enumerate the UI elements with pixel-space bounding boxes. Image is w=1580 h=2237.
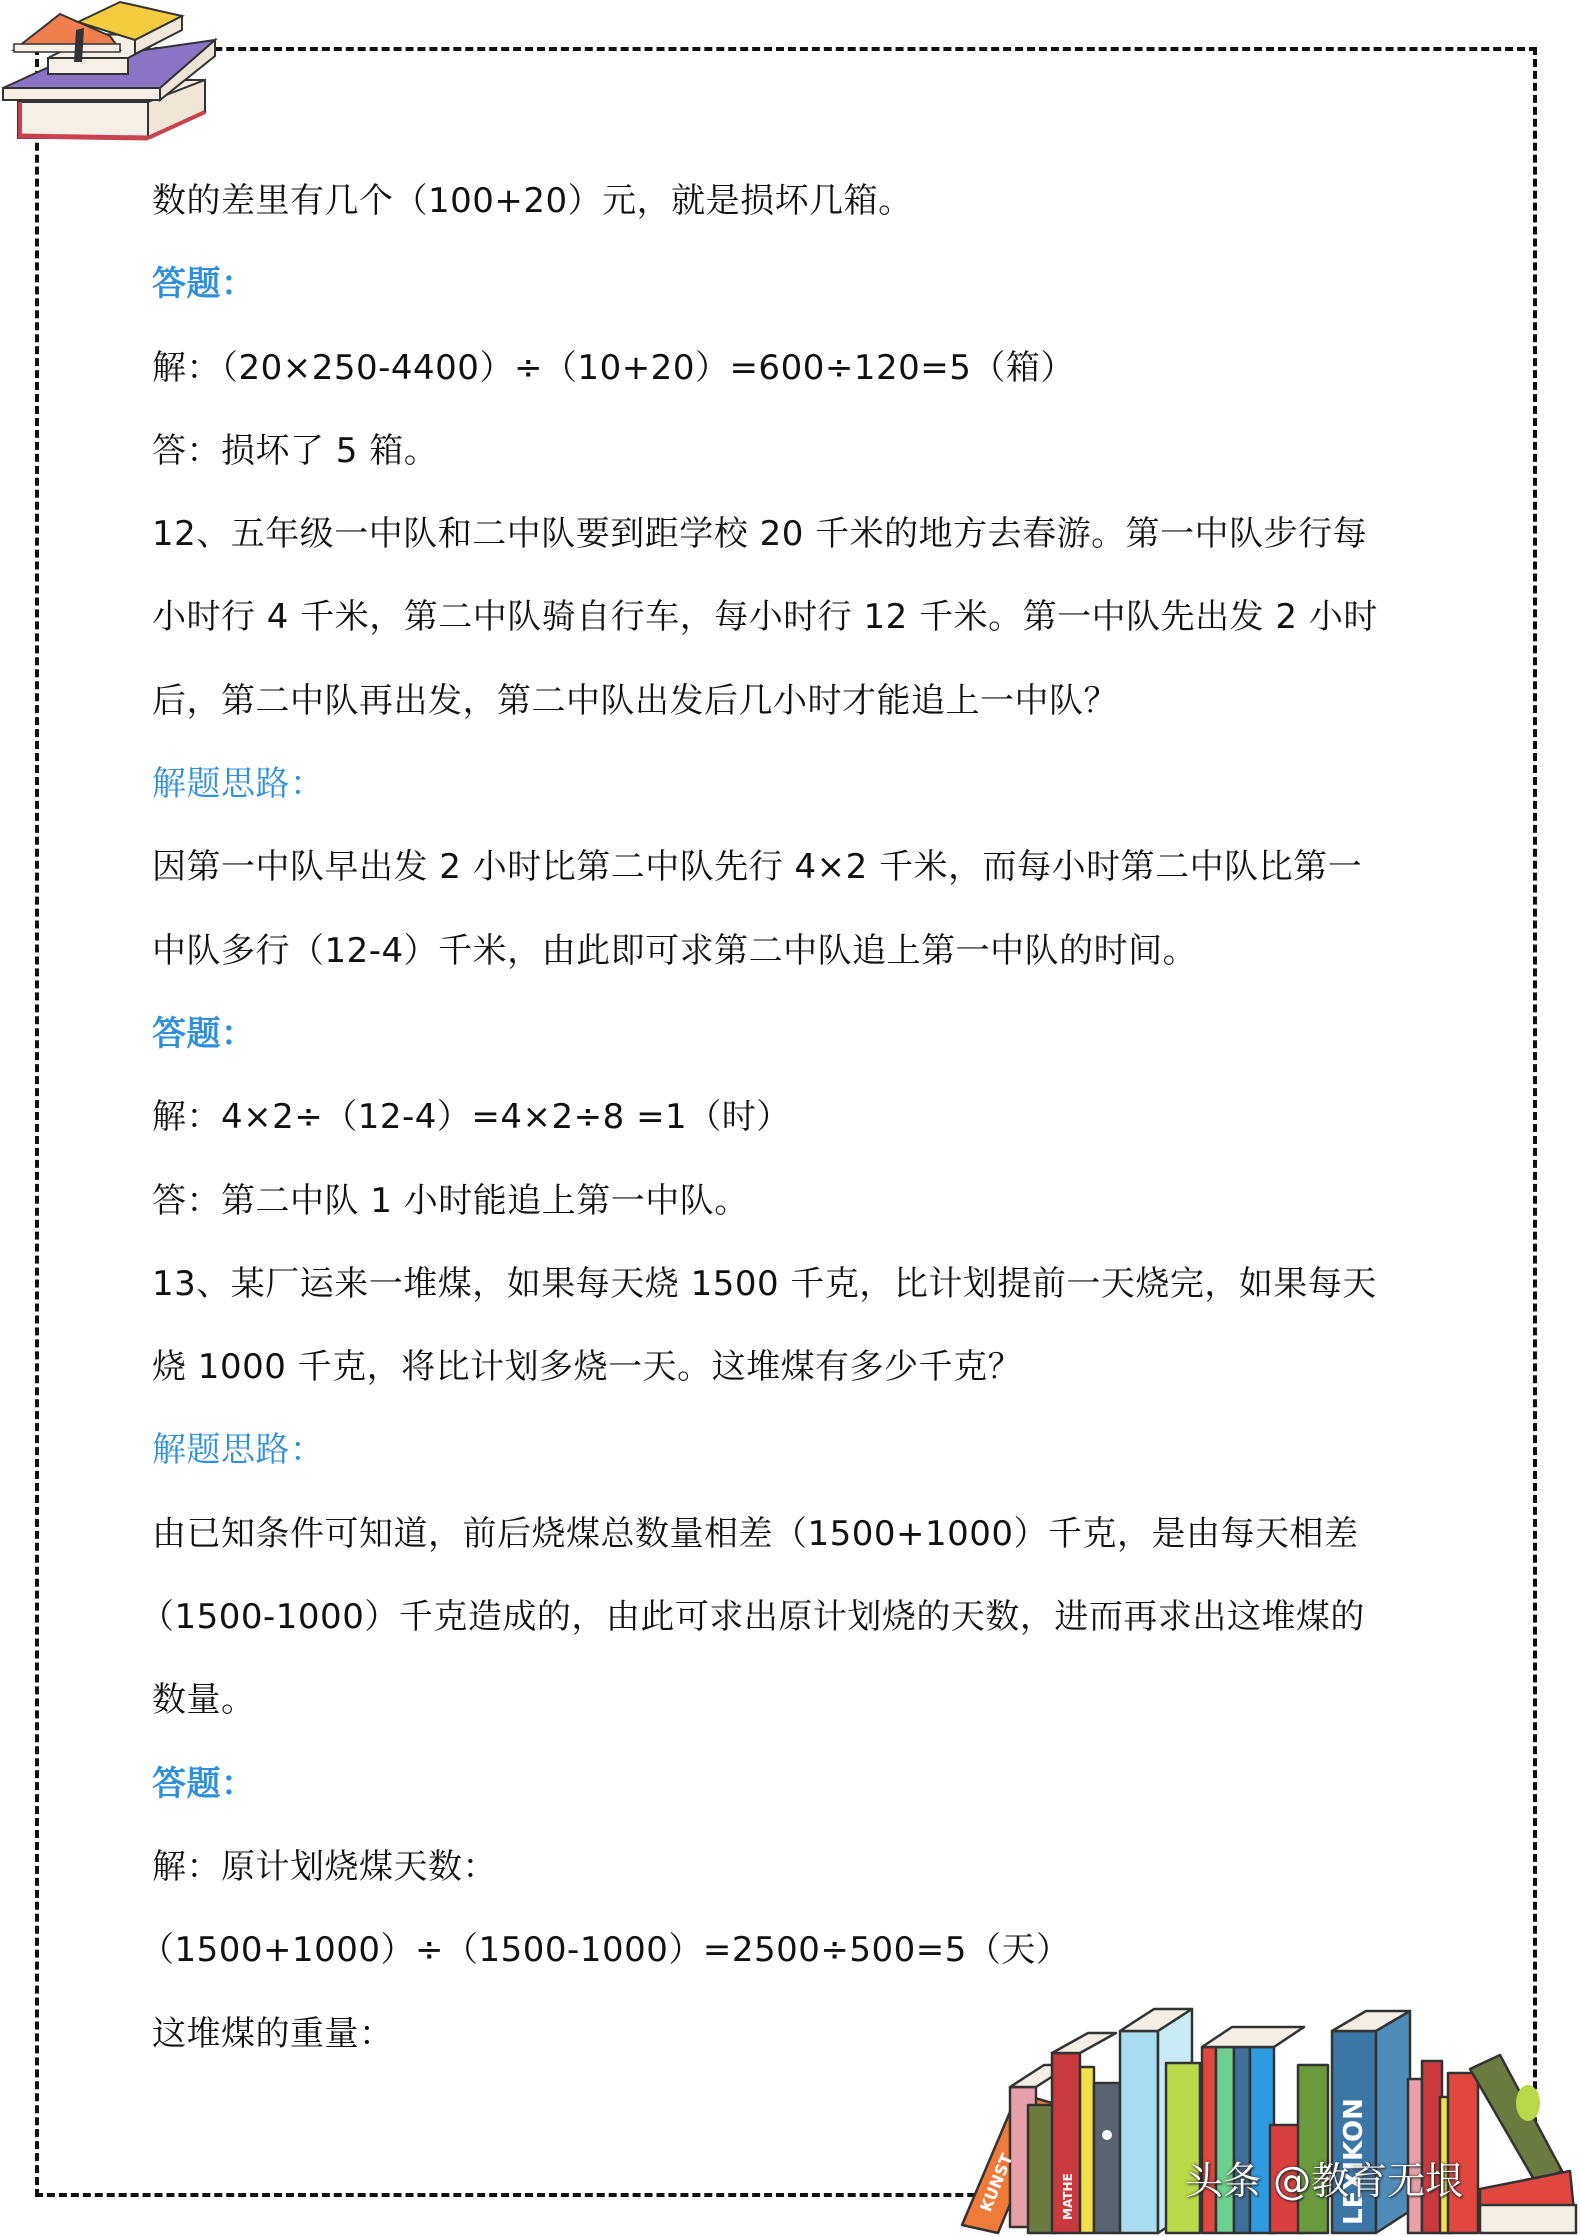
approach-line: 因第一中队早出发 2 小时比第二中队先行 4×2 千米，而每小时第二中队比第一	[152, 826, 1432, 909]
section-heading-answer: 答题：	[152, 993, 1432, 1076]
solution-line: 解：（20×250-4400）÷（10+20）=600÷120=5（箱）	[152, 327, 1432, 410]
svg-text:MATHE: MATHE	[1061, 2173, 1075, 2220]
problem-13-line-2: 烧 1000 千克，将比计划多烧一天。这堆煤有多少千克？	[152, 1326, 1432, 1409]
approach-line: 由已知条件可知道，前后烧煤总数量相差（1500+1000）千克，是由每天相差	[152, 1493, 1432, 1576]
approach-line: 数量。	[152, 1659, 1432, 1742]
problem-12-line-2: 小时行 4 千米，第二中队骑自行车，每小时行 12 千米。第一中队先出发 2 小…	[152, 576, 1432, 659]
solution-line: 解：4×2÷（12-4）=4×2÷8 =1（时）	[152, 1076, 1432, 1159]
watermark: 头条 @教育无垠	[1185, 2150, 1463, 2205]
approach-line: （1500-1000）千克造成的，由此可求出原计划烧的天数，进而再求出这堆煤的	[140, 1576, 1432, 1659]
section-heading-approach: 解题思路：	[152, 743, 1432, 826]
solution-line: 解：原计划烧煤天数：	[152, 1826, 1432, 1909]
document-body: 数的差里有几个（100+20）元，就是损坏几箱。 答题： 解：（20×250-4…	[152, 160, 1432, 2076]
approach-line: 中队多行（12-4）千米，由此即可求第二中队追上第一中队的时间。	[152, 910, 1432, 993]
text-line: 数的差里有几个（100+20）元，就是损坏几箱。	[152, 160, 1432, 243]
answer-line: 答：损坏了 5 箱。	[152, 410, 1432, 493]
section-heading-approach: 解题思路：	[152, 1409, 1432, 1492]
problem-12-line-3: 后，第二中队再出发，第二中队出发后几小时才能追上一中队？	[152, 660, 1432, 743]
problem-13-line-1: 13、某厂运来一堆煤，如果每天烧 1500 千克，比计划提前一天烧完，如果每天	[152, 1243, 1432, 1326]
section-heading-answer: 答题：	[152, 1743, 1432, 1826]
book-stack-icon	[0, 0, 220, 145]
problem-12-line-1: 12、五年级一中队和二中队要到距学校 20 千米的地方去春游。第一中队步行每	[152, 493, 1432, 576]
answer-line: 答：第二中队 1 小时能追上第一中队。	[152, 1160, 1432, 1243]
section-heading-answer: 答题：	[152, 243, 1432, 326]
